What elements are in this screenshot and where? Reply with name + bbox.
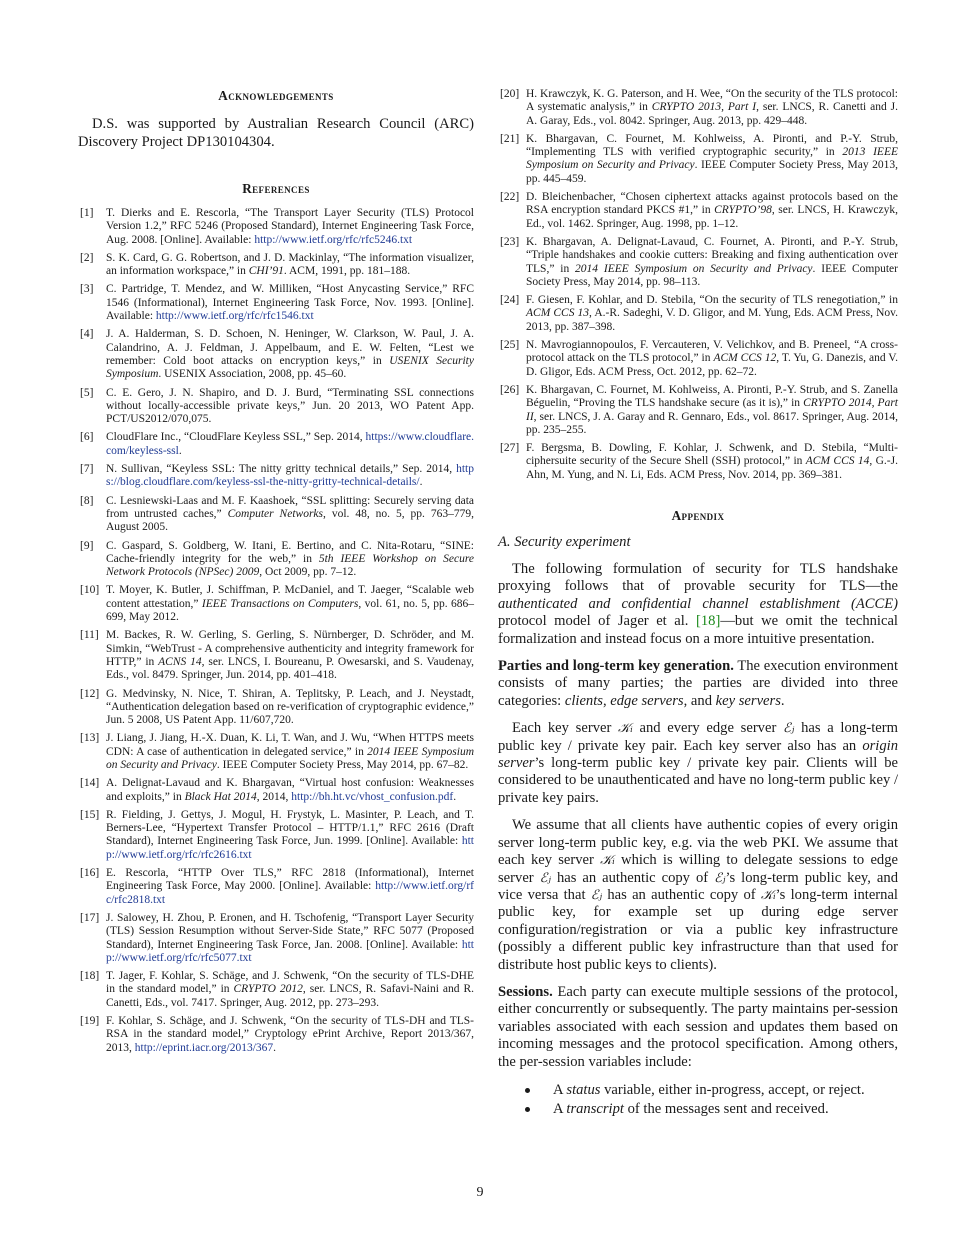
keys-paragraph: Each key server 𝒦ᵢ and every edge server… (498, 720, 898, 807)
venue: CRYPTO 2013, Part I (652, 101, 756, 113)
reference-item: [7]N. Sullivan, “Keyless SSL: The nitty … (78, 463, 474, 490)
reference-number: [14] (80, 777, 99, 790)
venue: ACM CCS 14 (806, 455, 870, 467)
reference-number: [19] (80, 1015, 99, 1028)
reference-link[interactable]: http://www.ietf.org/rfc/rfc1546.txt (156, 310, 314, 322)
left-column: Acknowledgements D.S. was supported by A… (78, 88, 474, 1060)
reference-list-left: [1]T. Dierks and E. Rescorla, “The Trans… (78, 207, 474, 1055)
reference-item: [1]T. Dierks and E. Rescorla, “The Trans… (78, 207, 474, 247)
reference-item: [20]H. Krawczyk, K. G. Paterson, and H. … (498, 88, 898, 128)
reference-number: [3] (80, 283, 93, 296)
reference-number: [23] (500, 236, 519, 249)
venue: CRYPTO’98 (714, 204, 772, 216)
reference-item: [19]F. Kohlar, S. Schäge, and J. Schwenk… (78, 1015, 474, 1055)
reference-number: [22] (500, 191, 519, 204)
reference-item: [10]T. Moyer, K. Butler, J. Schiffman, P… (78, 584, 474, 624)
references-heading: References (78, 181, 474, 197)
intro-paragraph: The following formulation of security fo… (498, 561, 898, 648)
reference-list-right: [20]H. Krawczyk, K. G. Paterson, and H. … (498, 88, 898, 482)
reference-number: [1] (80, 207, 93, 220)
reference-number: [4] (80, 328, 93, 341)
reference-number: [7] (80, 463, 93, 476)
reference-number: [27] (500, 442, 519, 455)
reference-item: [6]CloudFlare Inc., “CloudFlare Keyless … (78, 431, 474, 458)
sessions-paragraph: Sessions. Each party can execute multipl… (498, 984, 898, 1071)
reference-item: [4]J. A. Halderman, S. D. Schoen, N. Hen… (78, 328, 474, 381)
venue: Black Hat 2014 (185, 791, 257, 803)
reference-number: [6] (80, 431, 93, 444)
reference-item: [24]F. Giesen, F. Kohlar, and D. Stebila… (498, 294, 898, 334)
reference-number: [12] (80, 688, 99, 701)
reference-link[interactable]: http://bh.ht.vc/vhost_confusion.pdf (291, 791, 453, 803)
paragraph-title: Parties and long-term key generation. (498, 658, 734, 674)
venue: 2014 IEEE Symposium on Security and Priv… (575, 263, 813, 275)
acknowledgements-heading: Acknowledgements (78, 88, 474, 104)
list-item: A status variable, either in-progress, a… (498, 1081, 898, 1100)
reference-item: [12]G. Medvinsky, N. Nice, T. Shiran, A.… (78, 688, 474, 728)
reference-item: [25]N. Mavrogiannopoulos, F. Vercauteren… (498, 339, 898, 379)
venue: ACNS 14 (158, 656, 201, 668)
reference-item: [11]M. Backes, R. W. Gerling, S. Gerling… (78, 629, 474, 682)
session-variables-list: A status variable, either in-progress, a… (498, 1081, 898, 1119)
assumptions-paragraph: We assume that all clients have authenti… (498, 817, 898, 974)
reference-number: [26] (500, 384, 519, 397)
reference-item: [5]C. E. Gero, J. N. Shapiro, and D. J. … (78, 387, 474, 427)
reference-item: [23]K. Bhargavan, A. Delignat-Lavaud, C.… (498, 236, 898, 289)
reference-item: [2]S. K. Card, G. G. Robertson, and J. D… (78, 252, 474, 279)
venue: CRYPTO 2012 (234, 983, 303, 995)
page-number: 9 (0, 1185, 960, 1201)
reference-item: [14]A. Delignat-Lavaud and K. Bhargavan,… (78, 777, 474, 804)
reference-number: [13] (80, 732, 99, 745)
parties-paragraph: Parties and long-term key generation. Th… (498, 658, 898, 710)
venue: CHI’91 (249, 265, 284, 277)
reference-item: [13]J. Liang, J. Jiang, H.-X. Duan, K. L… (78, 732, 474, 772)
venue: ACM CCS 12 (713, 352, 776, 364)
reference-number: [5] (80, 387, 93, 400)
reference-number: [21] (500, 133, 519, 146)
reference-item: [27]F. Bergsma, B. Dowling, F. Kohlar, J… (498, 442, 898, 482)
reference-number: [25] (500, 339, 519, 352)
reference-number: [18] (80, 970, 99, 983)
reference-item: [15]R. Fielding, J. Gettys, J. Mogul, H.… (78, 809, 474, 862)
reference-link[interactable]: http://eprint.iacr.org/2013/367 (135, 1042, 273, 1054)
acknowledgements-text: D.S. was supported by Australian Researc… (78, 116, 474, 151)
list-item: A transcript of the messages sent and re… (498, 1100, 898, 1119)
reference-number: [11] (80, 629, 99, 642)
reference-number: [10] (80, 584, 99, 597)
reference-link[interactable]: http://www.ietf.org/rfc/rfc5246.txt (254, 234, 412, 246)
reference-item: [22]D. Bleichenbacher, “Chosen ciphertex… (498, 191, 898, 231)
reference-item: [9]C. Gaspard, S. Goldberg, W. Itani, E.… (78, 540, 474, 580)
reference-item: [16]E. Rescorla, “HTTP Over TLS,” RFC 28… (78, 867, 474, 907)
right-column: [20]H. Krawczyk, K. G. Paterson, and H. … (498, 88, 898, 1119)
subsection-title: A. Security experiment (498, 534, 898, 551)
venue: Computer Networks (228, 508, 323, 520)
reference-item: [18]T. Jager, F. Kohlar, S. Schäge, and … (78, 970, 474, 1010)
reference-item: [21]K. Bhargavan, C. Fournet, M. Kohlwei… (498, 133, 898, 186)
reference-number: [16] (80, 867, 99, 880)
reference-item: [17]J. Salowey, H. Zhou, P. Eronen, and … (78, 912, 474, 965)
venue: IEEE Transactions on Computers (202, 598, 359, 610)
citation-link[interactable]: [18] (696, 613, 720, 629)
reference-number: [2] (80, 252, 93, 265)
reference-number: [9] (80, 540, 93, 553)
reference-number: [15] (80, 809, 99, 822)
appendix-heading: Appendix (498, 508, 898, 524)
reference-item: [3]C. Partridge, T. Mendez, and W. Milli… (78, 283, 474, 323)
venue: ACM CCS 13 (526, 307, 589, 319)
reference-number: [8] (80, 495, 93, 508)
reference-item: [8]C. Lesniewski-Laas and M. F. Kaashoek… (78, 495, 474, 535)
reference-item: [26]K. Bhargavan, C. Fournet, M. Kohlwei… (498, 384, 898, 437)
reference-number: [24] (500, 294, 519, 307)
paragraph-title: Sessions. (498, 984, 553, 1000)
reference-number: [20] (500, 88, 519, 101)
reference-number: [17] (80, 912, 99, 925)
